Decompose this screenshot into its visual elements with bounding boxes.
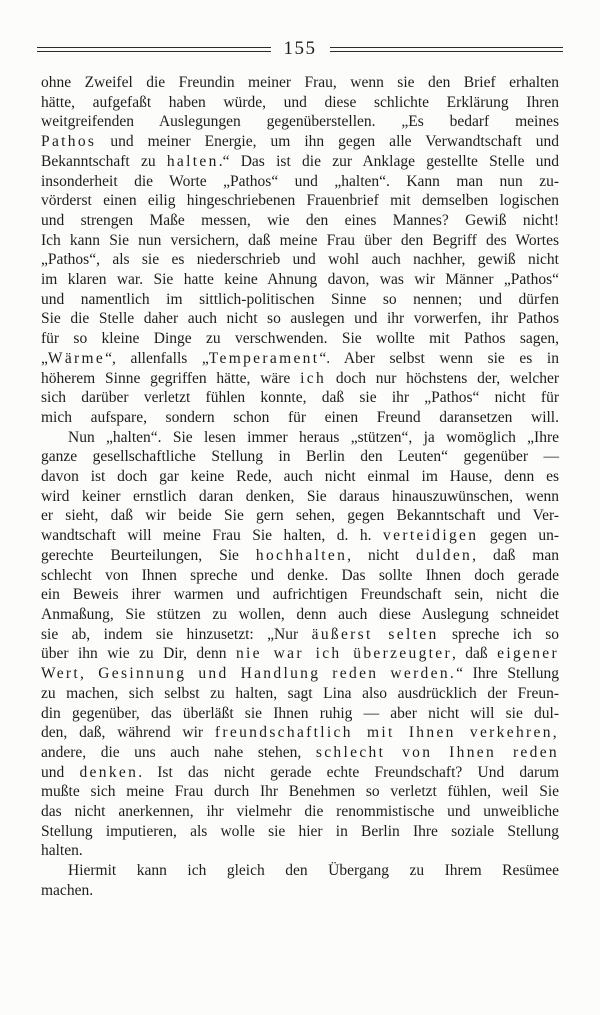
text-segment: .“ Das ist die zur Anklage gestellte Ste… [219,153,559,170]
text-line: er sieht, daß wir beide Sie gern sehen, … [41,506,559,526]
text-segment: spreche ich so [439,626,559,643]
text-line: ganze gesellschaftliche Stellung in Berl… [41,447,559,467]
text-line: wird keiner ernstlich daran denken, Sie … [41,487,559,507]
text-segment: und strengen Maße messen, wie den eines … [41,212,559,229]
text-line: halten. [41,841,559,861]
text-segment: „Pathos“, als sie es niederschrieb und w… [41,251,559,268]
text-line: den, daß, während wir freundschaftlich m… [41,723,559,743]
text-line: weitgreifenden Auslegungen gegenüberstel… [41,112,559,132]
text-segment: sich darüber verletzt fühlen konnte, daß… [41,389,559,406]
text-segment: weitgreifenden Auslegungen gegenüberstel… [41,113,559,130]
text-segment: , nicht [347,547,416,564]
text-segment: über ihn wie zu Dir, denn [41,645,236,662]
text-segment: halten. [41,842,83,859]
text-segment: im klaren war. Sie hatte keine Ahnung da… [41,271,559,288]
text-line: das nicht anerkennen, ihr vielmehr die r… [41,802,559,822]
text-segment: er sieht, daß wir beide Sie gern sehen, … [41,507,559,524]
text-segment: und namentlich im sittlich-politischen S… [41,291,559,308]
text-segment: insonderheit die Worte „Pathos“ und „hal… [41,173,559,190]
text-segment: Ich kann Sie nun versichern, daß meine F… [41,232,559,249]
text-line: mich aufspare, sondern schon für einen F… [41,408,559,428]
text-segment: und meiner Energie, um ihn gegen alle Ve… [96,133,559,150]
text-line: höherem Sinne gegriffen hätte, wäre ich … [41,369,559,389]
text-segment: “ Ihre Stellung [456,665,559,682]
text-line: vörderst einen eilig hingeschriebenen Fr… [41,191,559,211]
paragraph: Hiermit kann ich gleich den Übergang zu … [41,861,559,900]
text-line: ein Beweis ihrer warmen und aufrichtigen… [41,585,559,605]
text-segment: für so kleine Dinge zu verschwenden. Sie… [41,330,559,347]
text-line: Anmaßung, Sie stützen zu wollen, denn au… [41,605,559,625]
text-segment: „ [41,350,48,367]
text-segment: Hiermit kann ich gleich den Übergang zu … [68,862,559,879]
text-line: und namentlich im sittlich-politischen S… [41,290,559,310]
text-line: Hiermit kann ich gleich den Übergang zu … [41,861,559,881]
text-line: „Pathos“, als sie es niederschrieb und w… [41,250,559,270]
text-line: din gegenüber, das überläßt sie Ihnen ru… [41,704,559,724]
text-segment: Sie die Stelle daher auch nicht so ausle… [41,310,559,327]
text-segment: höherem Sinne gegriffen hätte, wäre [41,370,300,387]
page-number: 155 [284,39,317,58]
text-line: Ich kann Sie nun versichern, daß meine F… [41,231,559,251]
text-segment: Pathos [41,133,96,150]
text-segment: mich aufspare, sondern schon für einen F… [41,409,559,426]
text-segment: Stellung imputieren, als wolle sie hier … [41,823,559,840]
text-segment: , daß man [472,547,559,564]
text-segment: äußerst selten [312,626,439,643]
text-segment: mußte sich meine Frau durch Ihr Benehmen… [41,783,559,800]
page-header: 155 [37,37,563,61]
text-segment: und [41,764,79,781]
text-segment: zu machen, sich selbst zu halten, sagt L… [41,685,559,702]
text-line: gerechte Beurteilungen, Sie hochhalten, … [41,546,559,566]
text-segment: davon ist doch gar keine Rede, auch nich… [41,468,559,485]
text-line: sich darüber verletzt fühlen konnte, daß… [41,388,559,408]
text-segment: schlecht von Ihnen spreche und denke. Da… [41,567,559,584]
text-segment: sie ab, indem sie hinzusetzt: „Nur [41,626,312,643]
text-segment: Bekanntschaft zu [41,153,167,170]
paragraph: ohne Zweifel die Freundin meiner Frau, w… [41,73,559,428]
text-line: im klaren war. Sie hatte keine Ahnung da… [41,270,559,290]
text-segment: ein Beweis ihrer warmen und aufrichtigen… [41,586,559,603]
text-line: mußte sich meine Frau durch Ihr Benehmen… [41,782,559,802]
text-line: „Wärme“, allenfalls „Temperament“. Aber … [41,349,559,369]
text-segment: “. Aber selbst wenn sie es in [319,350,559,367]
text-segment: , daß [452,645,497,662]
text-segment: vörderst einen eilig hingeschriebenen Fr… [41,192,559,209]
text-segment: den, daß, während wir [41,724,215,741]
text-line: hätte, aufgefaßt haben würde, und diese … [41,93,559,113]
text-segment: . Ist das nicht gerade echte Freundschaf… [138,764,559,781]
text-segment: freundschaftlich mit Ihnen verkehren, [215,724,559,741]
text-line: und denken. Ist das nicht gerade echte F… [41,763,559,783]
text-segment: gerechte Beurteilungen, Sie [41,547,256,564]
text-line: über ihn wie zu Dir, denn nie war ich üb… [41,644,559,664]
text-segment: eigener [497,645,559,662]
text-segment: Nun „halten“. Sie lesen immer heraus „st… [68,429,559,446]
text-segment: din gegenüber, das überläßt sie Ihnen ru… [41,705,559,722]
text-line: zu machen, sich selbst zu halten, sagt L… [41,684,559,704]
text-segment: andere, die uns auch nahe stehen, [41,744,316,761]
text-segment: das nicht anerkennen, ihr vielmehr die r… [41,803,559,820]
text-line: ohne Zweifel die Freundin meiner Frau, w… [41,73,559,93]
text-line: Nun „halten“. Sie lesen immer heraus „st… [41,428,559,448]
text-segment: ich [300,370,326,387]
text-segment: nie war ich überzeugter [236,645,452,662]
text-line: andere, die uns auch nahe stehen, schlec… [41,743,559,763]
text-line: davon ist doch gar keine Rede, auch nich… [41,467,559,487]
text-segment: denken [79,764,138,781]
text-segment: gegen un- [478,527,559,544]
text-segment: hätte, aufgefaßt haben würde, und diese … [41,94,559,111]
text-line: Pathos und meiner Energie, um ihn gegen … [41,132,559,152]
text-segment: halten [167,153,219,170]
text-line: Sie die Stelle daher auch nicht so ausle… [41,309,559,329]
text-segment: machen. [41,882,93,899]
text-segment: Wärme [48,350,105,367]
header-rule-right [330,47,564,52]
scanned-book-page: 155 ohne Zweifel die Freundin meiner Fra… [0,0,600,1015]
text-segment: Wert, Gesinnung und Handlung reden werde… [41,665,456,682]
text-segment: ganze gesellschaftliche Stellung in Berl… [41,448,559,465]
text-line: und strengen Maße messen, wie den eines … [41,211,559,231]
text-segment: doch nur höchstens der, welcher [326,370,559,387]
text-line: für so kleine Dinge zu verschwenden. Sie… [41,329,559,349]
text-segment: wird keiner ernstlich daran denken, Sie … [41,488,559,505]
text-line: sie ab, indem sie hinzusetzt: „Nur äußer… [41,625,559,645]
text-line: Stellung imputieren, als wolle sie hier … [41,822,559,842]
text-segment: hochhalten [256,547,347,564]
page-text: ohne Zweifel die Freundin meiner Frau, w… [41,73,559,901]
text-segment: Temperament [209,350,320,367]
paragraph: Nun „halten“. Sie lesen immer heraus „st… [41,428,559,861]
text-segment: Anmaßung, Sie stützen zu wollen, denn au… [41,606,559,623]
text-segment: ohne Zweifel die Freundin meiner Frau, w… [41,74,559,91]
text-line: schlecht von Ihnen spreche und denke. Da… [41,566,559,586]
header-rule-left [37,47,271,52]
text-line: Bekanntschaft zu halten.“ Das ist die zu… [41,152,559,172]
text-line: Wert, Gesinnung und Handlung reden werde… [41,664,559,684]
text-line: machen. [41,881,559,901]
text-segment: wandtschaft will meine Frau Sie halten, … [41,527,383,544]
text-line: insonderheit die Worte „Pathos“ und „hal… [41,172,559,192]
text-segment: verteidigen [383,527,478,544]
text-segment: “, allenfalls „ [105,350,209,367]
text-line: wandtschaft will meine Frau Sie halten, … [41,526,559,546]
text-segment: dulden [416,547,472,564]
text-segment: schlecht von Ihnen reden [316,744,559,761]
